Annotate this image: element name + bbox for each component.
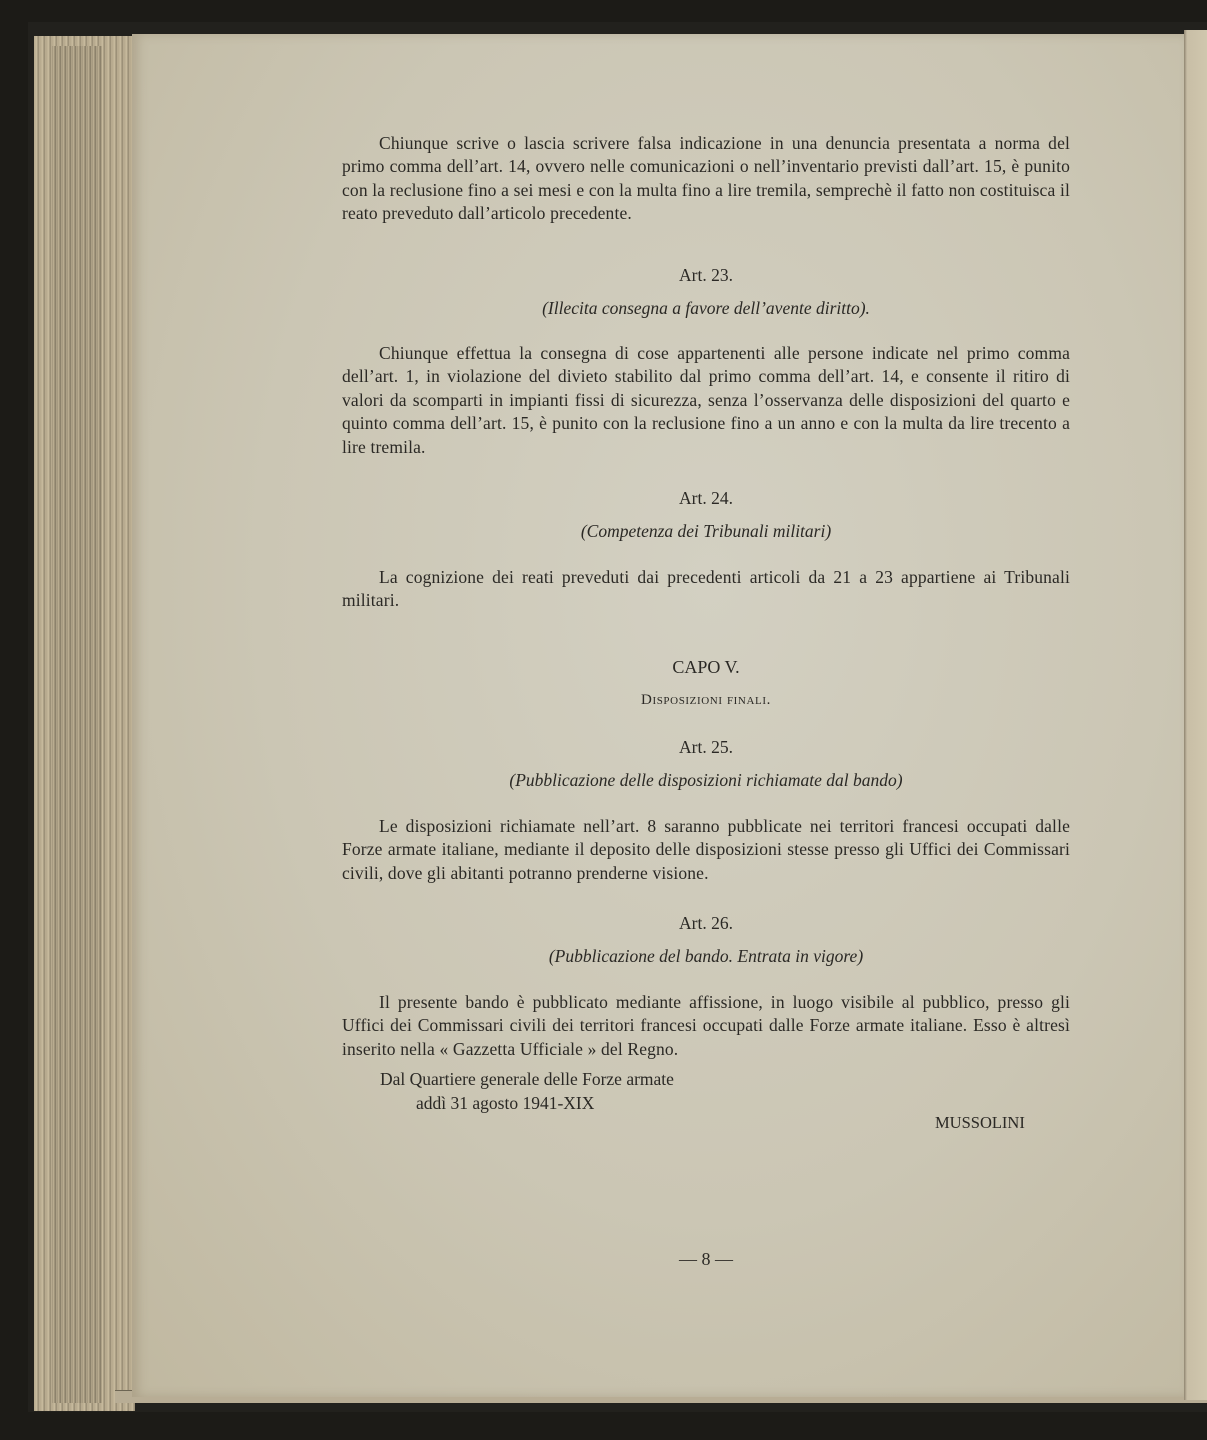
closing-date: addì 31 agosto 1941-XIX <box>416 1093 594 1114</box>
page-number: — 8 — <box>342 1249 1070 1270</box>
article-24-title: (Competenza dei Tribunali militari) <box>342 521 1070 542</box>
document-page <box>132 34 1184 1397</box>
closing-place: Dal Quartiere generale delle Forze armat… <box>380 1069 674 1090</box>
article-26-number: Art. 26. <box>342 913 1070 934</box>
article-24-number: Art. 24. <box>342 488 1070 509</box>
article-23-body: Chiunque effettua la consegna di cose ap… <box>342 342 1070 459</box>
article-24-body: La cognizione dei reati preveduti dai pr… <box>342 566 1070 613</box>
chapter-subheading: Disposizioni finali. <box>342 692 1070 709</box>
next-page-edge <box>1184 30 1207 1400</box>
paragraph-art22-end: Chiunque scrive o lascia scrivere falsa … <box>342 132 1070 226</box>
page-edges-inner <box>52 46 102 1403</box>
article-26-body: Il presente bando è pubblicato mediante … <box>342 991 1070 1061</box>
page-edges-left <box>34 36 135 1411</box>
article-23-number: Art. 23. <box>342 265 1070 286</box>
article-26-title: (Pubblicazione del bando. Entrata in vig… <box>342 946 1070 967</box>
article-25-body: Le disposizioni richiamate nell’art. 8 s… <box>342 815 1070 885</box>
article-25-title: (Pubblicazione delle disposizioni richia… <box>342 770 1070 791</box>
signature: MUSSOLINI <box>935 1113 1025 1133</box>
article-25-number: Art. 25. <box>342 737 1070 758</box>
article-23-title: (Illecita consegna a favore dell’avente … <box>342 298 1070 319</box>
chapter-heading: CAPO V. <box>342 657 1070 678</box>
